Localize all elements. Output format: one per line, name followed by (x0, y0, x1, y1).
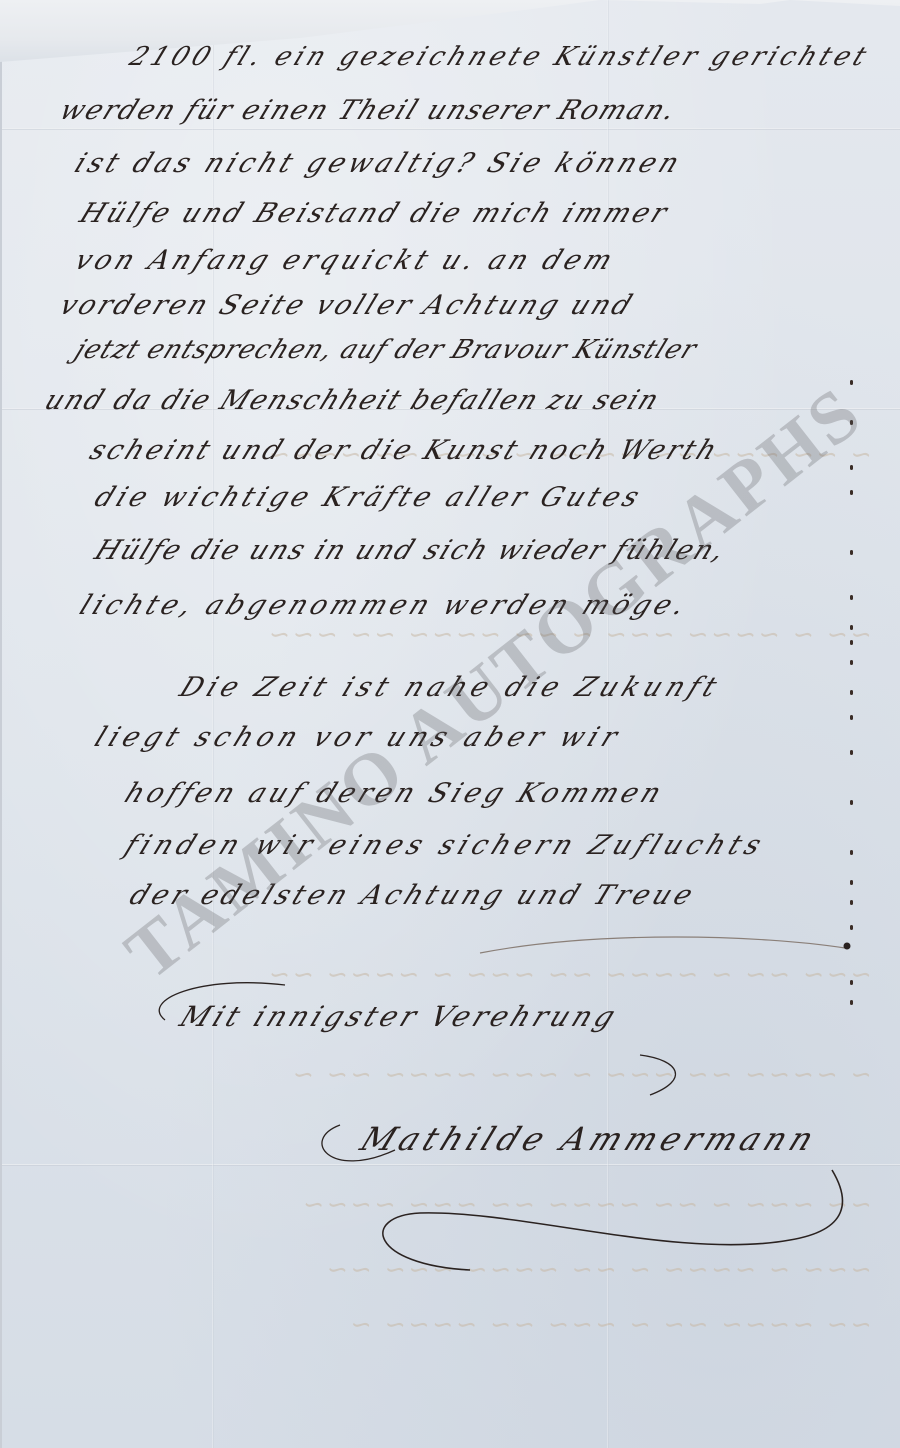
bleed-through-text: ~~~ ~ ~~~~ ~ ~~ ~~~~ ~~~ ~~ (27, 1255, 877, 1285)
bleed-through-text: ~~ ~~~ ~ ~~ ~~~~ ~~ ~~~ ~~~~ (27, 1190, 877, 1220)
bleed-through-text: ~~ ~~~~ ~~ ~ ~~~ ~~ ~~~~ ~ (27, 1310, 877, 1340)
letter-line: vorderen Seite voller Achtung und (55, 290, 639, 321)
letter-line: von Anfang erquickt u. an dem (70, 245, 621, 276)
letter-line: Hülfe und Beistand die mich immer (75, 198, 674, 229)
bleed-through-text: ~ ~~~~ ~~ ~~~ ~ ~~~ ~~~~ ~~ ~ (27, 1060, 877, 1090)
fold-line (2, 128, 900, 130)
fold-line (2, 1164, 900, 1166)
letter-line: 2100 fl. ein gezeichnete Künstler gerich… (125, 42, 875, 72)
letter-line: und da die Menschheit befallen zu sein (40, 385, 665, 416)
letter-line: ist das nicht gewaltig? Sie können (70, 148, 688, 179)
letter-line: jetzt entsprechen, auf der Bravour Künst… (70, 335, 702, 365)
margin-ink-marks (850, 380, 862, 1000)
letter-line: scheint und der die Kunst noch Werth (85, 435, 724, 466)
letter-closing: Mit innigster Verehrung (175, 1000, 624, 1033)
letter-line: die wichtige Kräfte aller Gutes (90, 482, 648, 513)
letter-line: werden für einen Theil unserer Roman. (55, 95, 682, 126)
letter-signature: Mathilde Ammermann (355, 1120, 824, 1158)
bleed-through-text: ~~ ~ ~~~~ ~~~ ~ ~~ ~~~~ ~~ ~~~ (27, 620, 877, 650)
